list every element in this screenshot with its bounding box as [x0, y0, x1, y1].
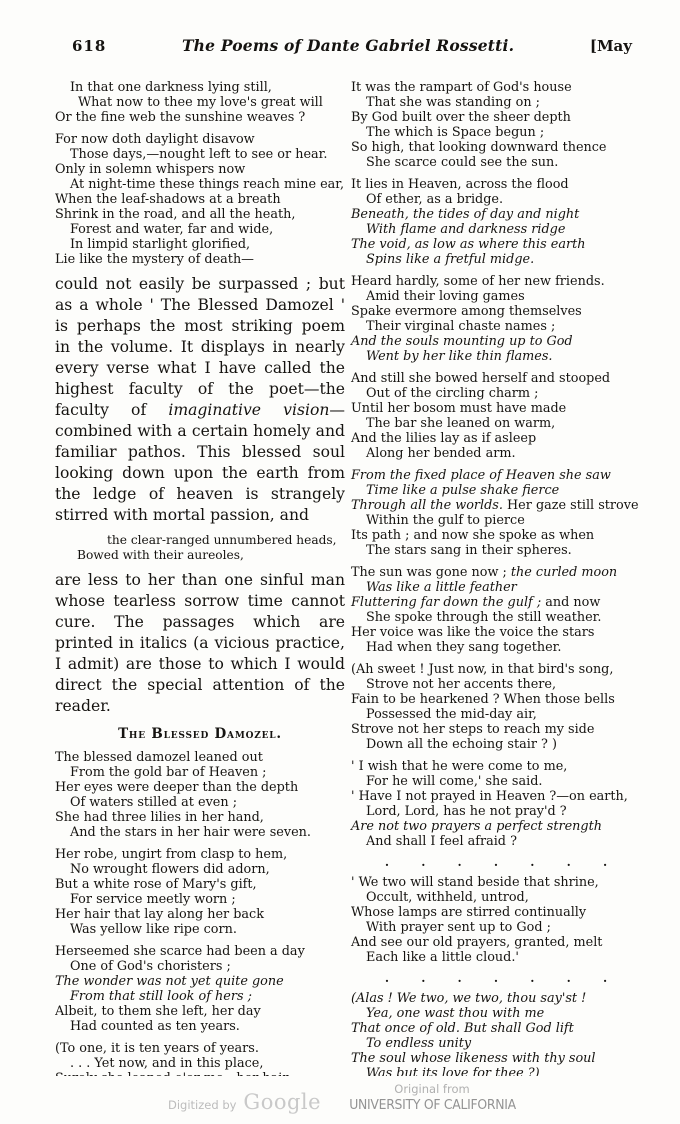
poem-line: Was like a little feather — [366, 580, 641, 595]
poem-stanza: Heard hardly, some of her new friends.Am… — [351, 274, 641, 364]
roman-text: —combined with a certain homely and fami… — [55, 401, 345, 524]
roman-text: With prayer sent up to God ; — [366, 920, 551, 935]
poem-line: Are not two prayers a perfect strength — [351, 819, 641, 834]
poem-stanza: ' We two will stand beside that shrine,O… — [351, 875, 641, 965]
poem-stanza: It lies in Heaven, across the floodOf et… — [351, 177, 641, 267]
poem-line: What now to thee my love's great will — [78, 95, 345, 110]
roman-text: Her eyes were deeper than the depth — [55, 780, 298, 795]
poem-line: And the stars in her hair were seven. — [70, 825, 345, 840]
page-number: 618 — [72, 37, 106, 55]
poem-line: The sun was gone now ; the curled moon — [351, 565, 641, 580]
original-from-label: Original from — [342, 1082, 522, 1097]
italic-text: From the fixed place of Heaven she saw — [351, 468, 611, 483]
poem-line: For he will come,' she said. — [366, 774, 641, 789]
poem-line: With flame and darkness ridge — [366, 222, 641, 237]
roman-text: For now doth daylight disavow — [55, 132, 255, 147]
italic-text: Time like a pulse shake fierce — [366, 483, 559, 498]
roman-text: Albeit, to them she left, her day — [55, 1004, 261, 1019]
poem-line: (To one, it is ten years of years. — [55, 1041, 345, 1056]
roman-text: The sun was gone now ; — [351, 565, 511, 580]
running-title: The Poems of Dante Gabriel Rossetti. — [106, 36, 590, 55]
roman-text: The blessed damozel leaned out — [55, 750, 263, 765]
poem-line: Bowed with their aureoles, — [77, 548, 345, 563]
roman-text: Down all the echoing stair ? ) — [366, 737, 557, 752]
page-header: 618 The Poems of Dante Gabriel Rossetti.… — [72, 36, 632, 55]
poem-line: From that still look of hers ; — [70, 989, 345, 1004]
roman-text: That she was standing on ; — [366, 95, 540, 110]
roman-text: No wrought flowers did adorn, — [70, 862, 270, 877]
poem-line: Their virginal chaste names ; — [366, 319, 641, 334]
roman-text: And the lilies lay as if asleep — [351, 431, 536, 446]
italic-text: Beneath, the tides of day and night — [351, 207, 579, 222]
italic-text: With flame and darkness ridge — [366, 222, 565, 237]
roman-text: Bowed with their aureoles, — [77, 548, 244, 562]
poem-line: Or the fine web the sunshine weaves ? — [55, 110, 345, 125]
poem-line: Spake evermore among themselves — [351, 304, 641, 319]
roman-text: For service meetly worn ; — [70, 892, 236, 907]
poem-line: Fluttering far down the gulf ; and now — [351, 595, 641, 610]
italic-text: The wonder was not yet quite gone — [55, 974, 284, 989]
roman-text: It lies in Heaven, across the flood — [351, 177, 569, 192]
italic-text: From that still look of hers ; — [70, 989, 252, 1004]
roman-text: Herseemed she scarce had been a day — [55, 944, 305, 959]
roman-text: and now — [541, 595, 600, 610]
italic-text: Through all the worlds. — [351, 498, 503, 513]
poem-stanza: Herseemed she scarce had been a dayOne o… — [55, 944, 345, 1034]
roman-text: Its path ; and now she spoke as when — [351, 528, 594, 543]
poem-line: The stars sang in their spheres. — [366, 543, 641, 558]
poem-line: Was but its love for thee ?) — [366, 1066, 641, 1076]
poem-stanza: From the fixed place of Heaven she sawTi… — [351, 468, 641, 558]
poem-stanza: (Ah sweet ! Just now, in that bird's son… — [351, 662, 641, 752]
roman-text: What now to thee my love's great will — [78, 95, 323, 110]
poem-stanza: For now doth daylight disavowThose days,… — [55, 132, 345, 267]
roman-text: She had three lilies in her hand, — [55, 810, 264, 825]
poem-line: Her voice was like the voice the stars — [351, 625, 641, 640]
roman-text: . . . Yet now, and in this place, — [70, 1056, 263, 1071]
poem-line: Possessed the mid-day air, — [366, 707, 641, 722]
poem-line: ' I wish that he were come to me, — [351, 759, 641, 774]
roman-text: Had counted as ten years. — [70, 1019, 240, 1034]
poem-line: Its path ; and now she spoke as when — [351, 528, 641, 543]
text-columns: In that one darkness lying still,What no… — [55, 80, 641, 1076]
poem-line: Occult, withheld, untrod, — [366, 890, 641, 905]
poem-line: . . . Yet now, and in this place, — [70, 1056, 345, 1071]
poem-line: Along her bended arm. — [366, 446, 641, 461]
poem-stanza: The sun was gone now ; the curled moonWa… — [351, 565, 641, 655]
poem-line: ' Have I not prayed in Heaven ?—on earth… — [351, 789, 641, 804]
poem-line: From the gold bar of Heaven ; — [70, 765, 345, 780]
roman-text: Only in solemn whispers now — [55, 162, 245, 177]
roman-text: Shrink in the road, and all the heath, — [55, 207, 295, 222]
roman-text: One of God's choristers ; — [70, 959, 231, 974]
roman-text: But a white rose of Mary's gift, — [55, 877, 257, 892]
italic-text: (Alas ! We two, we two, thou say'st ! — [351, 991, 586, 1006]
roman-text: By God built over the sheer depth — [351, 110, 571, 125]
verse-quote: the clear-ranged unnumbered heads,Bowed … — [55, 533, 345, 563]
poem-line: Through all the worlds. Her gaze still s… — [351, 498, 641, 513]
poem-line: Time like a pulse shake fierce — [366, 483, 641, 498]
roman-text: Whose lamps are stirred continually — [351, 905, 586, 920]
roman-text: Along her bended arm. — [366, 446, 516, 461]
prose-paragraph: are less to her than one sinful man whos… — [55, 570, 345, 717]
poem-line: (Ah sweet ! Just now, in that bird's son… — [351, 662, 641, 677]
institution-label: UNIVERSITY OF CALIFORNIA — [349, 1097, 515, 1113]
italic-text: Are not two prayers a perfect strength — [351, 819, 602, 834]
poem-line: She had three lilies in her hand, — [55, 810, 345, 825]
poem-line: No wrought flowers did adorn, — [70, 862, 345, 877]
roman-text: For he will come,' she said. — [366, 774, 542, 789]
roman-text: Of ether, as a bridge. — [366, 192, 503, 207]
digitized-by-label: Digitized by — [168, 1098, 236, 1112]
poem-stanza: ' I wish that he were come to me,For he … — [351, 759, 641, 849]
italic-text: That once of old. But shall God lift — [351, 1021, 574, 1036]
left-column: In that one darkness lying still,What no… — [55, 80, 345, 1076]
poem-stanza: In that one darkness lying still,What no… — [55, 80, 345, 125]
poem-line: The void, as low as where this earth — [351, 237, 641, 252]
roman-text: could not easily be surpassed ; but as a… — [55, 275, 345, 419]
roman-text: Lord, Lord, has he not pray'd ? — [366, 804, 567, 819]
poem-line: At night-time these things reach mine ea… — [70, 177, 345, 192]
roman-text: Forest and water, far and wide, — [70, 222, 273, 237]
roman-text: Within the gulf to pierce — [366, 513, 525, 528]
poem-line: Within the gulf to pierce — [366, 513, 641, 528]
roman-text: And see our old prayers, granted, melt — [351, 935, 602, 950]
roman-text: The bar she leaned on warm, — [366, 416, 555, 431]
poem-line: So high, that looking downward thence — [351, 140, 641, 155]
roman-text: And still she bowed herself and stooped — [351, 371, 610, 386]
italic-text: Went by her like thin flames. — [366, 349, 553, 364]
poem-line: It lies in Heaven, across the flood — [351, 177, 641, 192]
roman-text: ' I wish that he were come to me, — [351, 759, 567, 774]
poem-line: Of ether, as a bridge. — [366, 192, 641, 207]
roman-text: Had when they sang together. — [366, 640, 561, 655]
roman-text: ' Have I not prayed in Heaven ?—on earth… — [351, 789, 628, 804]
roman-text: Her robe, ungirt from clasp to hem, — [55, 847, 287, 862]
google-logo-text: Google — [243, 1090, 321, 1114]
poem-line: Fain to be hearkened ? When those bells — [351, 692, 641, 707]
roman-text: When the leaf-shadows at a breath — [55, 192, 281, 207]
italic-text: Yea, one wast thou with me — [366, 1006, 544, 1021]
poem-line: Whose lamps are stirred continually — [351, 905, 641, 920]
poem-line: And shall I feel afraid ? — [366, 834, 641, 849]
roman-text: In that one darkness lying still, — [70, 80, 272, 95]
poem-line: Forest and water, far and wide, — [70, 222, 345, 237]
roman-text: She scarce could see the sun. — [366, 155, 558, 170]
poem-line: Had counted as ten years. — [70, 1019, 345, 1034]
poem-stanza: (Alas ! We two, we two, thou say'st !Yea… — [351, 991, 641, 1076]
roman-text: The which is Space begun ; — [366, 125, 544, 140]
poem-line: The wonder was not yet quite gone — [55, 974, 345, 989]
roman-text: Until her bosom must have made — [351, 401, 566, 416]
poem-line: Amid their loving games — [366, 289, 641, 304]
stanza-separator-dots: . . . . . . . — [351, 856, 641, 869]
poem-line: ' We two will stand beside that shrine, — [351, 875, 641, 890]
poem-line: Was yellow like ripe corn. — [70, 922, 345, 937]
roman-text: Of waters stilled at even ; — [70, 795, 237, 810]
prose-paragraph: could not easily be surpassed ; but as a… — [55, 274, 345, 526]
poem-line: From the fixed place of Heaven she saw — [351, 468, 641, 483]
poem-line: Strove not her accents there, — [366, 677, 641, 692]
roman-text: Was yellow like ripe corn. — [70, 922, 237, 937]
poem-line: the clear-ranged unnumbered heads, — [107, 533, 345, 548]
issue-month: [May — [590, 37, 632, 55]
roman-text: She spoke through the still weather. — [366, 610, 601, 625]
poem-line: (Alas ! We two, we two, thou say'st ! — [351, 991, 641, 1006]
italic-text: The soul whose likeness with thy soul — [351, 1051, 596, 1066]
roman-text: And shall I feel afraid ? — [366, 834, 517, 849]
poem-line: Yea, one wast thou with me — [366, 1006, 641, 1021]
scan-watermark-footer: Digitized by Google Original from UNIVER… — [0, 1076, 680, 1124]
poem-line: That she was standing on ; — [366, 95, 641, 110]
poem-line: Until her bosom must have made — [351, 401, 641, 416]
roman-text: the clear-ranged unnumbered heads, — [107, 533, 337, 547]
roman-text: Out of the circling charm ; — [366, 386, 538, 401]
roman-text: Lie like the mystery of death— — [55, 252, 254, 267]
roman-text: (To one, it is ten years of years. — [55, 1041, 259, 1056]
poem-stanza: And still she bowed herself and stoopedO… — [351, 371, 641, 461]
poem-line: Lie like the mystery of death— — [55, 252, 345, 267]
roman-text: Heard hardly, some of her new friends. — [351, 274, 605, 289]
section-heading: The Blessed Damozel. — [55, 726, 345, 742]
poem-line: But a white rose of Mary's gift, — [55, 877, 345, 892]
italic-text: Was like a little feather — [366, 580, 517, 595]
roman-text: ' We two will stand beside that shrine, — [351, 875, 599, 890]
poem-line: Had when they sang together. — [366, 640, 641, 655]
roman-text: At night-time these things reach mine ea… — [70, 177, 344, 192]
roman-text: Each like a little cloud.' — [366, 950, 519, 965]
poem-stanza: It was the rampart of God's houseThat sh… — [351, 80, 641, 170]
roman-text: (Ah sweet ! Just now, in that bird's son… — [351, 662, 613, 677]
italic-text: And the souls mounting up to God — [351, 334, 573, 349]
roman-text: Fain to be hearkened ? When those bells — [351, 692, 615, 707]
poem-line: Albeit, to them she left, her day — [55, 1004, 345, 1019]
poem-line: Her hair that lay along her back — [55, 907, 345, 922]
poem-line: In limpid starlight glorified, — [70, 237, 345, 252]
roman-text: Her gaze still strove — [503, 498, 639, 513]
roman-text: Those days,—nought left to see or hear. — [70, 147, 327, 162]
italic-text: To endless unity — [366, 1036, 471, 1051]
poem-line: Each like a little cloud.' — [366, 950, 641, 965]
poem-stanza: The blessed damozel leaned outFrom the g… — [55, 750, 345, 840]
poem-line: For now doth daylight disavow — [55, 132, 345, 147]
poem-line: Down all the echoing stair ? ) — [366, 737, 641, 752]
poem-line: She spoke through the still weather. — [366, 610, 641, 625]
roman-text: Occult, withheld, untrod, — [366, 890, 529, 905]
italic-text: Was but its love for thee ?) — [366, 1066, 540, 1076]
poem-stanza: Her robe, ungirt from clasp to hem,No wr… — [55, 847, 345, 937]
poem-line: Herseemed she scarce had been a day — [55, 944, 345, 959]
poem-line: It was the rampart of God's house — [351, 80, 641, 95]
poem-line: The soul whose likeness with thy soul — [351, 1051, 641, 1066]
poem-line: Her robe, ungirt from clasp to hem, — [55, 847, 345, 862]
right-column: It was the rampart of God's houseThat sh… — [351, 80, 641, 1076]
poem-line: The blessed damozel leaned out — [55, 750, 345, 765]
roman-text: From the gold bar of Heaven ; — [70, 765, 266, 780]
poem-line: Of waters stilled at even ; — [70, 795, 345, 810]
poem-line: Went by her like thin flames. — [366, 349, 641, 364]
roman-text: Her voice was like the voice the stars — [351, 625, 594, 640]
roman-text: Or the fine web the sunshine weaves ? — [55, 110, 305, 125]
poem-line: One of God's choristers ; — [70, 959, 345, 974]
roman-text: Amid their loving games — [366, 289, 525, 304]
stanza-separator-dots: . . . . . . . — [351, 972, 641, 985]
poem-line: Only in solemn whispers now — [55, 162, 345, 177]
poem-line: Her eyes were deeper than the depth — [55, 780, 345, 795]
poem-line: In that one darkness lying still, — [70, 80, 345, 95]
roman-text: Spake evermore among themselves — [351, 304, 582, 319]
poem-line: She scarce could see the sun. — [366, 155, 641, 170]
italic-text: The void, as low as where this earth — [351, 237, 585, 252]
roman-text: Strove not her steps to reach my side — [351, 722, 594, 737]
roman-text: Her hair that lay along her back — [55, 907, 264, 922]
poem-line: And still she bowed herself and stooped — [351, 371, 641, 386]
italic-text: Fluttering far down the gulf ; — [351, 595, 541, 610]
poem-line: Strove not her steps to reach my side — [351, 722, 641, 737]
roman-text: Strove not her accents there, — [366, 677, 556, 692]
poem-line: With prayer sent up to God ; — [366, 920, 641, 935]
poem-line: When the leaf-shadows at a breath — [55, 192, 345, 207]
roman-text: Possessed the mid-day air, — [366, 707, 537, 722]
poem-stanza: (To one, it is ten years of years.. . . … — [55, 1041, 345, 1076]
digitized-by-watermark: Digitized by Google — [168, 1090, 321, 1114]
roman-text: And the stars in her hair were seven. — [70, 825, 311, 840]
scanned-book-page: 618 The Poems of Dante Gabriel Rossetti.… — [0, 0, 680, 1124]
poem-line: The bar she leaned on warm, — [366, 416, 641, 431]
roman-text: Their virginal chaste names ; — [366, 319, 555, 334]
poem-line: Heard hardly, some of her new friends. — [351, 274, 641, 289]
roman-text: are less to her than one sinful man whos… — [55, 571, 345, 715]
original-from-watermark: Original from UNIVERSITY OF CALIFORNIA — [342, 1082, 522, 1113]
poem-line: The which is Space begun ; — [366, 125, 641, 140]
poem-line: Lord, Lord, has he not pray'd ? — [366, 804, 641, 819]
poem-line: Shrink in the road, and all the heath, — [55, 207, 345, 222]
poem-line: For service meetly worn ; — [70, 892, 345, 907]
italic-text: Spins like a fretful midge. — [366, 252, 534, 267]
poem-line: That once of old. But shall God lift — [351, 1021, 641, 1036]
roman-text: In limpid starlight glorified, — [70, 237, 250, 252]
poem-line: Out of the circling charm ; — [366, 386, 641, 401]
roman-text: So high, that looking downward thence — [351, 140, 607, 155]
poem-line: Beneath, the tides of day and night — [351, 207, 641, 222]
poem-line: And the souls mounting up to God — [351, 334, 641, 349]
italic-text: imaginative vision — [168, 401, 329, 419]
poem-line: Those days,—nought left to see or hear. — [70, 147, 345, 162]
poem-line: By God built over the sheer depth — [351, 110, 641, 125]
roman-text: The stars sang in their spheres. — [366, 543, 572, 558]
roman-text: It was the rampart of God's house — [351, 80, 572, 95]
italic-text: the curled moon — [511, 565, 617, 580]
poem-line: And see our old prayers, granted, melt — [351, 935, 641, 950]
poem-line: Spins like a fretful midge. — [366, 252, 641, 267]
poem-line: And the lilies lay as if asleep — [351, 431, 641, 446]
poem-line: To endless unity — [366, 1036, 641, 1051]
